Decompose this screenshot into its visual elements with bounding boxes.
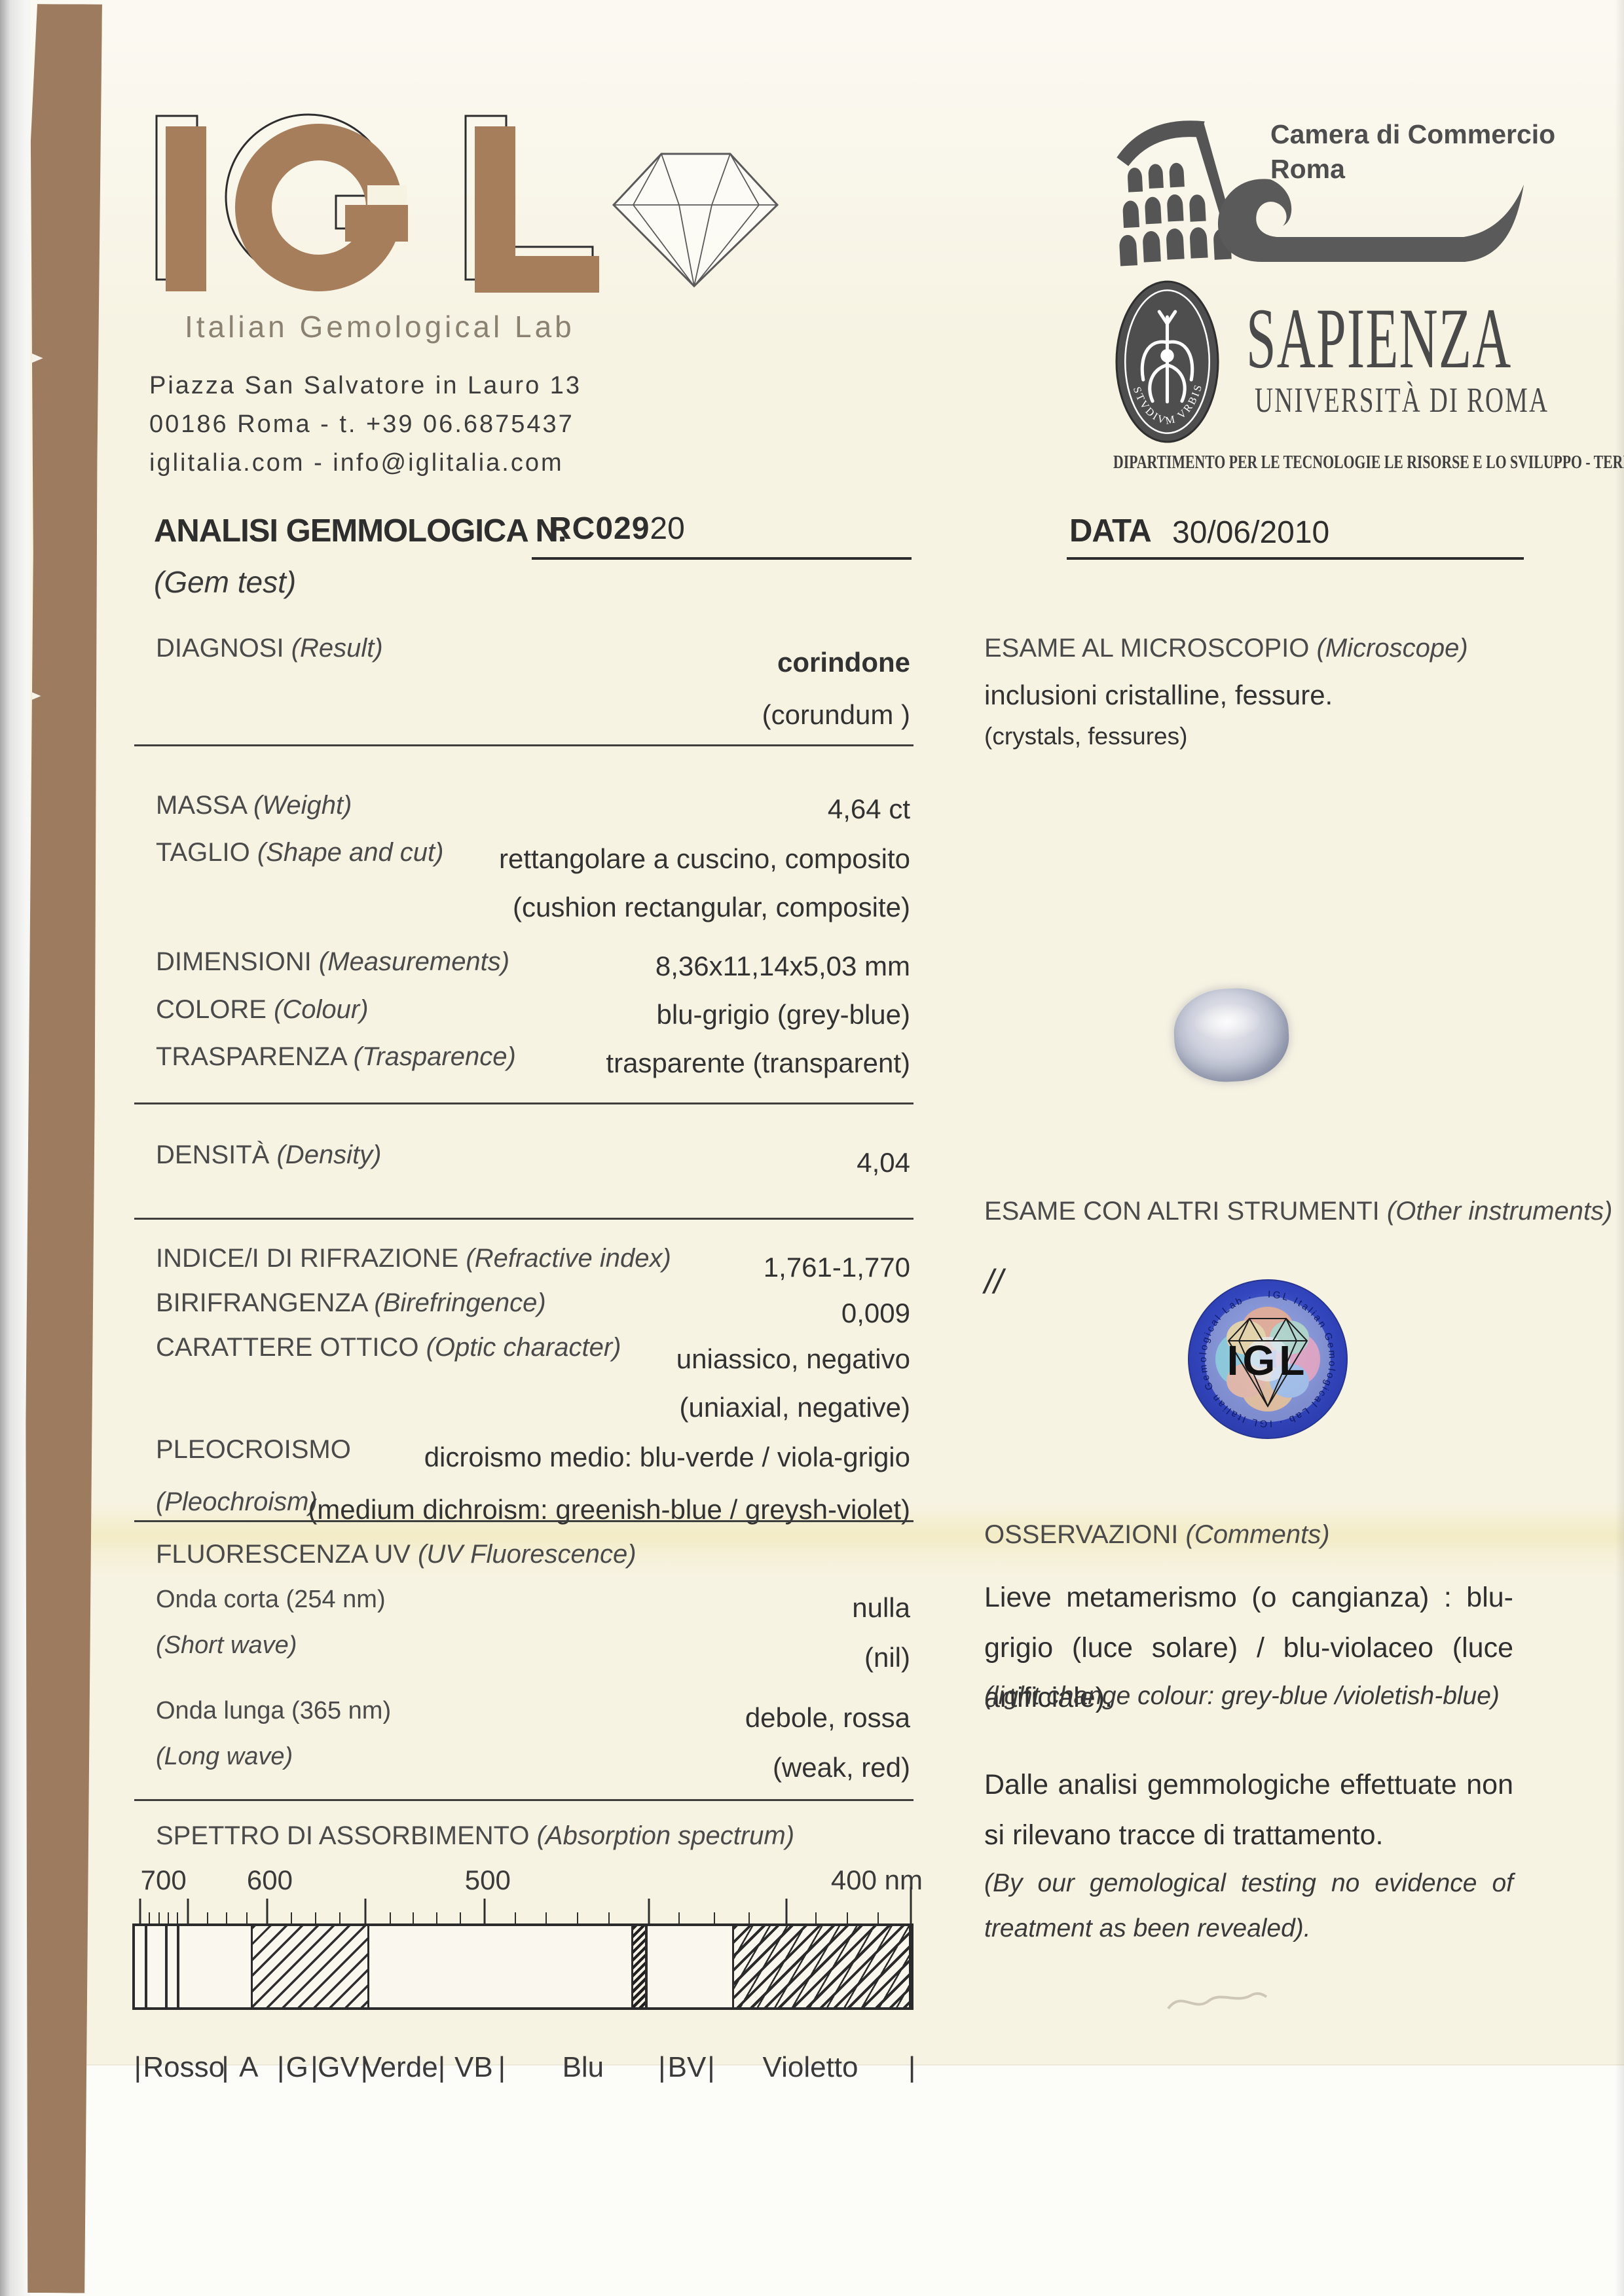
spectrum-minor-tick: [149, 1912, 150, 1923]
absorption-line: [165, 1926, 168, 2007]
zone-label: VB: [454, 2051, 493, 2084]
university-name: SAPIENZA: [1246, 288, 1511, 388]
swoosh-icon: [1215, 168, 1529, 272]
spectrum-major-tick: [910, 1887, 912, 1923]
field-birifrangenza: BIRIFRANGENZA (Birefringence): [156, 1288, 546, 1318]
spectrum-minor-tick: [339, 1912, 341, 1923]
value-microscopio-en: (crystals, fessures): [984, 723, 1187, 750]
zone-separator: |: [310, 2051, 318, 2084]
absorption-region: [631, 1926, 648, 2007]
igl-logotype: [147, 108, 802, 304]
date-value: 30/06/2010: [1172, 515, 1329, 551]
field-trasparenza: TRASPARENZA (Trasparence): [156, 1042, 516, 1072]
sapienza-emblem: STVDIVM VRBIS: [1113, 278, 1221, 445]
field-massa: MASSA (Weight): [156, 791, 352, 820]
zone-label: G: [286, 2051, 308, 2084]
divider: [134, 1102, 913, 1104]
spectrum-minor-tick: [815, 1912, 817, 1923]
date-label: DATA: [1069, 513, 1151, 549]
field-diagnosi: DIAGNOSI (Result): [156, 634, 383, 663]
zone-label: BV: [668, 2051, 707, 2084]
zone-label: Blu: [563, 2051, 604, 2084]
value-carattere-en: (uniaxial, negative): [679, 1392, 910, 1423]
zone-label: GV: [318, 2051, 360, 2084]
spectrum-scale-label: 400 nm: [831, 1865, 923, 1896]
chamber-title: Camera di Commercio: [1270, 119, 1555, 150]
field-pleocroismo: PLEOCROISMO: [156, 1435, 351, 1465]
spectrum-minor-tick: [460, 1912, 461, 1923]
zone-label: A: [239, 2051, 258, 2084]
spectrum-major-tick: [484, 1899, 486, 1923]
zone-label: Rosso: [143, 2051, 225, 2084]
spectrum-scale-label: 600: [247, 1865, 293, 1896]
zone-separator: |: [134, 2051, 141, 2084]
value-onda-lunga: debole, rossa: [745, 1702, 910, 1734]
spectrum-minor-tick: [577, 1912, 578, 1923]
field-dimensioni: DIMENSIONI (Measurements): [156, 947, 509, 977]
zone-separator: |: [658, 2051, 665, 2084]
field-fluorescenza: FLUORESCENZA UV (UV Fluorescence): [156, 1540, 637, 1569]
diamond-icon: [614, 154, 777, 286]
certificate-page: Italian Gemological Lab Piazza San Salva…: [0, 0, 1624, 2296]
field-onda-lunga: Onda lunga (365 nm): [156, 1697, 391, 1725]
scan-right-edge: [1615, 0, 1624, 2296]
university-subname: UNIVERSITÀ DI ROMA: [1255, 380, 1549, 420]
spectrum-major-tick: [267, 1899, 268, 1923]
absorption-region: [251, 1926, 369, 2007]
absorption-line: [145, 1926, 147, 2007]
spectrum-minor-tick: [168, 1912, 169, 1923]
field-colore: COLORE (Colour): [156, 995, 369, 1025]
field-onda-lunga-en: (Long wave): [156, 1743, 293, 1771]
spectrum-minor-tick: [246, 1912, 248, 1923]
zone-separator: |: [498, 2051, 506, 2084]
spectrum-zone-labels: ||||||||||RossoAGGVVerdeVBBluBVVioletto: [132, 2051, 913, 2090]
spectrum-minor-tick: [413, 1912, 414, 1923]
field-taglio: TAGLIO (Shape and cut): [156, 838, 444, 867]
comments-paragraph-1-en: (light change colour: grey-blue /violeti…: [984, 1673, 1513, 1719]
pencil-squiggle: [1166, 1982, 1270, 2022]
spectrum-minor-tick: [515, 1912, 516, 1923]
spectrum-minor-tick: [436, 1912, 437, 1923]
spectrum-minor-tick: [545, 1912, 547, 1923]
spectrum-bar: [132, 1923, 913, 2010]
field-osservazioni: OSSERVAZIONI (Comments): [984, 1520, 1330, 1550]
spectrum-minor-tick: [714, 1912, 715, 1923]
value-massa: 4,64 ct: [828, 793, 910, 825]
field-strumenti: ESAME CON ALTRI STRUMENTI (Other instrum…: [984, 1197, 1612, 1226]
address-line: iglitalia.com - info@iglitalia.com: [149, 444, 581, 483]
spectrum-minor-tick: [158, 1912, 160, 1923]
value-taglio: rettangolare a cuscino, composito: [499, 843, 910, 875]
date-underline: [1067, 557, 1524, 560]
field-spettro: SPETTRO DI ASSORBIMENTO (Absorption spec…: [156, 1821, 794, 1851]
divider: [134, 1218, 913, 1220]
paper-bottom-edge: [0, 2066, 1624, 2296]
spectrum-minor-tick: [315, 1912, 316, 1923]
value-onda-corta-en: (nil): [864, 1642, 910, 1673]
scan-left-edge: [0, 0, 30, 2296]
spectrum-minor-tick: [748, 1912, 750, 1923]
field-indice: INDICE/I DI RIFRAZIONE (Refractive index…: [156, 1244, 671, 1273]
divider: [134, 1520, 913, 1522]
value-birifrangenza: 0,009: [841, 1298, 910, 1329]
zone-label: Verde: [363, 2051, 438, 2084]
divider: [134, 1799, 913, 1801]
address-line: 00186 Roma - t. +39 06.6875437: [149, 405, 581, 444]
spectrum-major-tick: [785, 1899, 787, 1923]
zone-separator: |: [438, 2051, 445, 2084]
value-taglio-en: (cushion rectangular, composite): [513, 892, 910, 923]
value-diagnosi-en: (corundum ): [762, 699, 910, 731]
address-block: Piazza San Salvatore in Lauro 13 00186 R…: [149, 367, 581, 483]
zone-separator: |: [277, 2051, 284, 2084]
zone-separator: |: [707, 2051, 714, 2084]
value-densita: 4,04: [857, 1147, 910, 1178]
university-department: DIPARTIMENTO PER LE TECNOLOGIE LE RISORS…: [1113, 452, 1624, 473]
value-colore: blu-grigio (grey-blue): [657, 999, 911, 1030]
value-pleocroismo: dicroismo medio: blu-verde / viola-grigi…: [424, 1442, 910, 1473]
spectrum-minor-tick: [207, 1912, 208, 1923]
spectrum-minor-tick: [877, 1912, 879, 1923]
certificate-subtitle: (Gem test): [154, 564, 296, 600]
spectrum-scale-label: 700: [141, 1865, 187, 1896]
spectrum-ruler: [132, 1895, 913, 1923]
spectrum-minor-tick: [608, 1912, 610, 1923]
value-dimensioni: 8,36x11,14x5,03 mm: [655, 951, 910, 982]
field-carattere: CARATTERE OTTICO (Optic character): [156, 1333, 621, 1362]
spectrum-scale-label: 500: [465, 1865, 511, 1896]
field-microscopio: ESAME AL MICROSCOPIO (Microscope): [984, 634, 1468, 663]
spectrum-minor-tick: [291, 1912, 292, 1923]
address-line: Piazza San Salvatore in Lauro 13: [149, 367, 581, 405]
absorption-region: [732, 1926, 911, 2007]
comments-paragraph-2-en: (By our gemological testing no evidence …: [984, 1861, 1513, 1952]
zone-label: Violetto: [763, 2051, 858, 2084]
spectrum-minor-tick: [177, 1912, 178, 1923]
spectrum-minor-tick: [390, 1912, 391, 1923]
divider: [134, 744, 913, 746]
value-diagnosi: corindone: [777, 647, 910, 678]
certificate-title: ANALISI GEMMOLOGICA N.: [154, 513, 566, 549]
value-onda-lunga-en: (weak, red): [773, 1752, 910, 1783]
value-carattere: uniassico, negativo: [676, 1343, 910, 1375]
spectrum-major-tick: [139, 1899, 141, 1923]
certificate-number-rest: 20: [650, 511, 684, 546]
zone-separator: |: [908, 2051, 915, 2084]
value-microscopio: inclusioni cristalline, fessure.: [984, 680, 1333, 711]
absorption-line: [177, 1926, 179, 2007]
field-pleocroismo-en: (Pleochroism): [156, 1487, 318, 1517]
spectrum-major-tick: [187, 1899, 189, 1923]
spectrum-major-tick: [648, 1899, 650, 1923]
value-trasparenza: trasparente (transparent): [606, 1048, 910, 1079]
field-onda-corta-en: (Short wave): [156, 1631, 297, 1660]
hologram-sticker: IGL IGL Italian Gemological Lab · IGL It…: [1187, 1278, 1349, 1440]
number-underline: [532, 557, 912, 560]
field-onda-corta: Onda corta (254 nm): [156, 1586, 386, 1614]
certificate-number-bold: RC029: [549, 511, 650, 546]
spectrum-major-tick: [364, 1899, 366, 1923]
logo-subtitle: Italian Gemological Lab: [185, 309, 575, 344]
certificate-number: RC02920: [549, 511, 685, 547]
spectrum-minor-tick: [678, 1912, 680, 1923]
hologram-igl-text: IGL: [1227, 1337, 1309, 1384]
comments-paragraph-2: Dalle analisi gemmologiche effettuate no…: [984, 1760, 1513, 1860]
spectrum-minor-tick: [226, 1912, 227, 1923]
field-densita: DENSITÀ (Density): [156, 1140, 382, 1170]
spectrum-minor-tick: [847, 1912, 848, 1923]
absorption-spectrum-chart: 700600500400 nm ||||||||||RossoAGGVVerde…: [132, 1865, 913, 2094]
value-indice: 1,761-1,770: [764, 1252, 910, 1283]
gem-photo: [1172, 986, 1291, 1085]
value-strumenti: //: [984, 1262, 1003, 1302]
value-onda-corta: nulla: [852, 1592, 910, 1624]
